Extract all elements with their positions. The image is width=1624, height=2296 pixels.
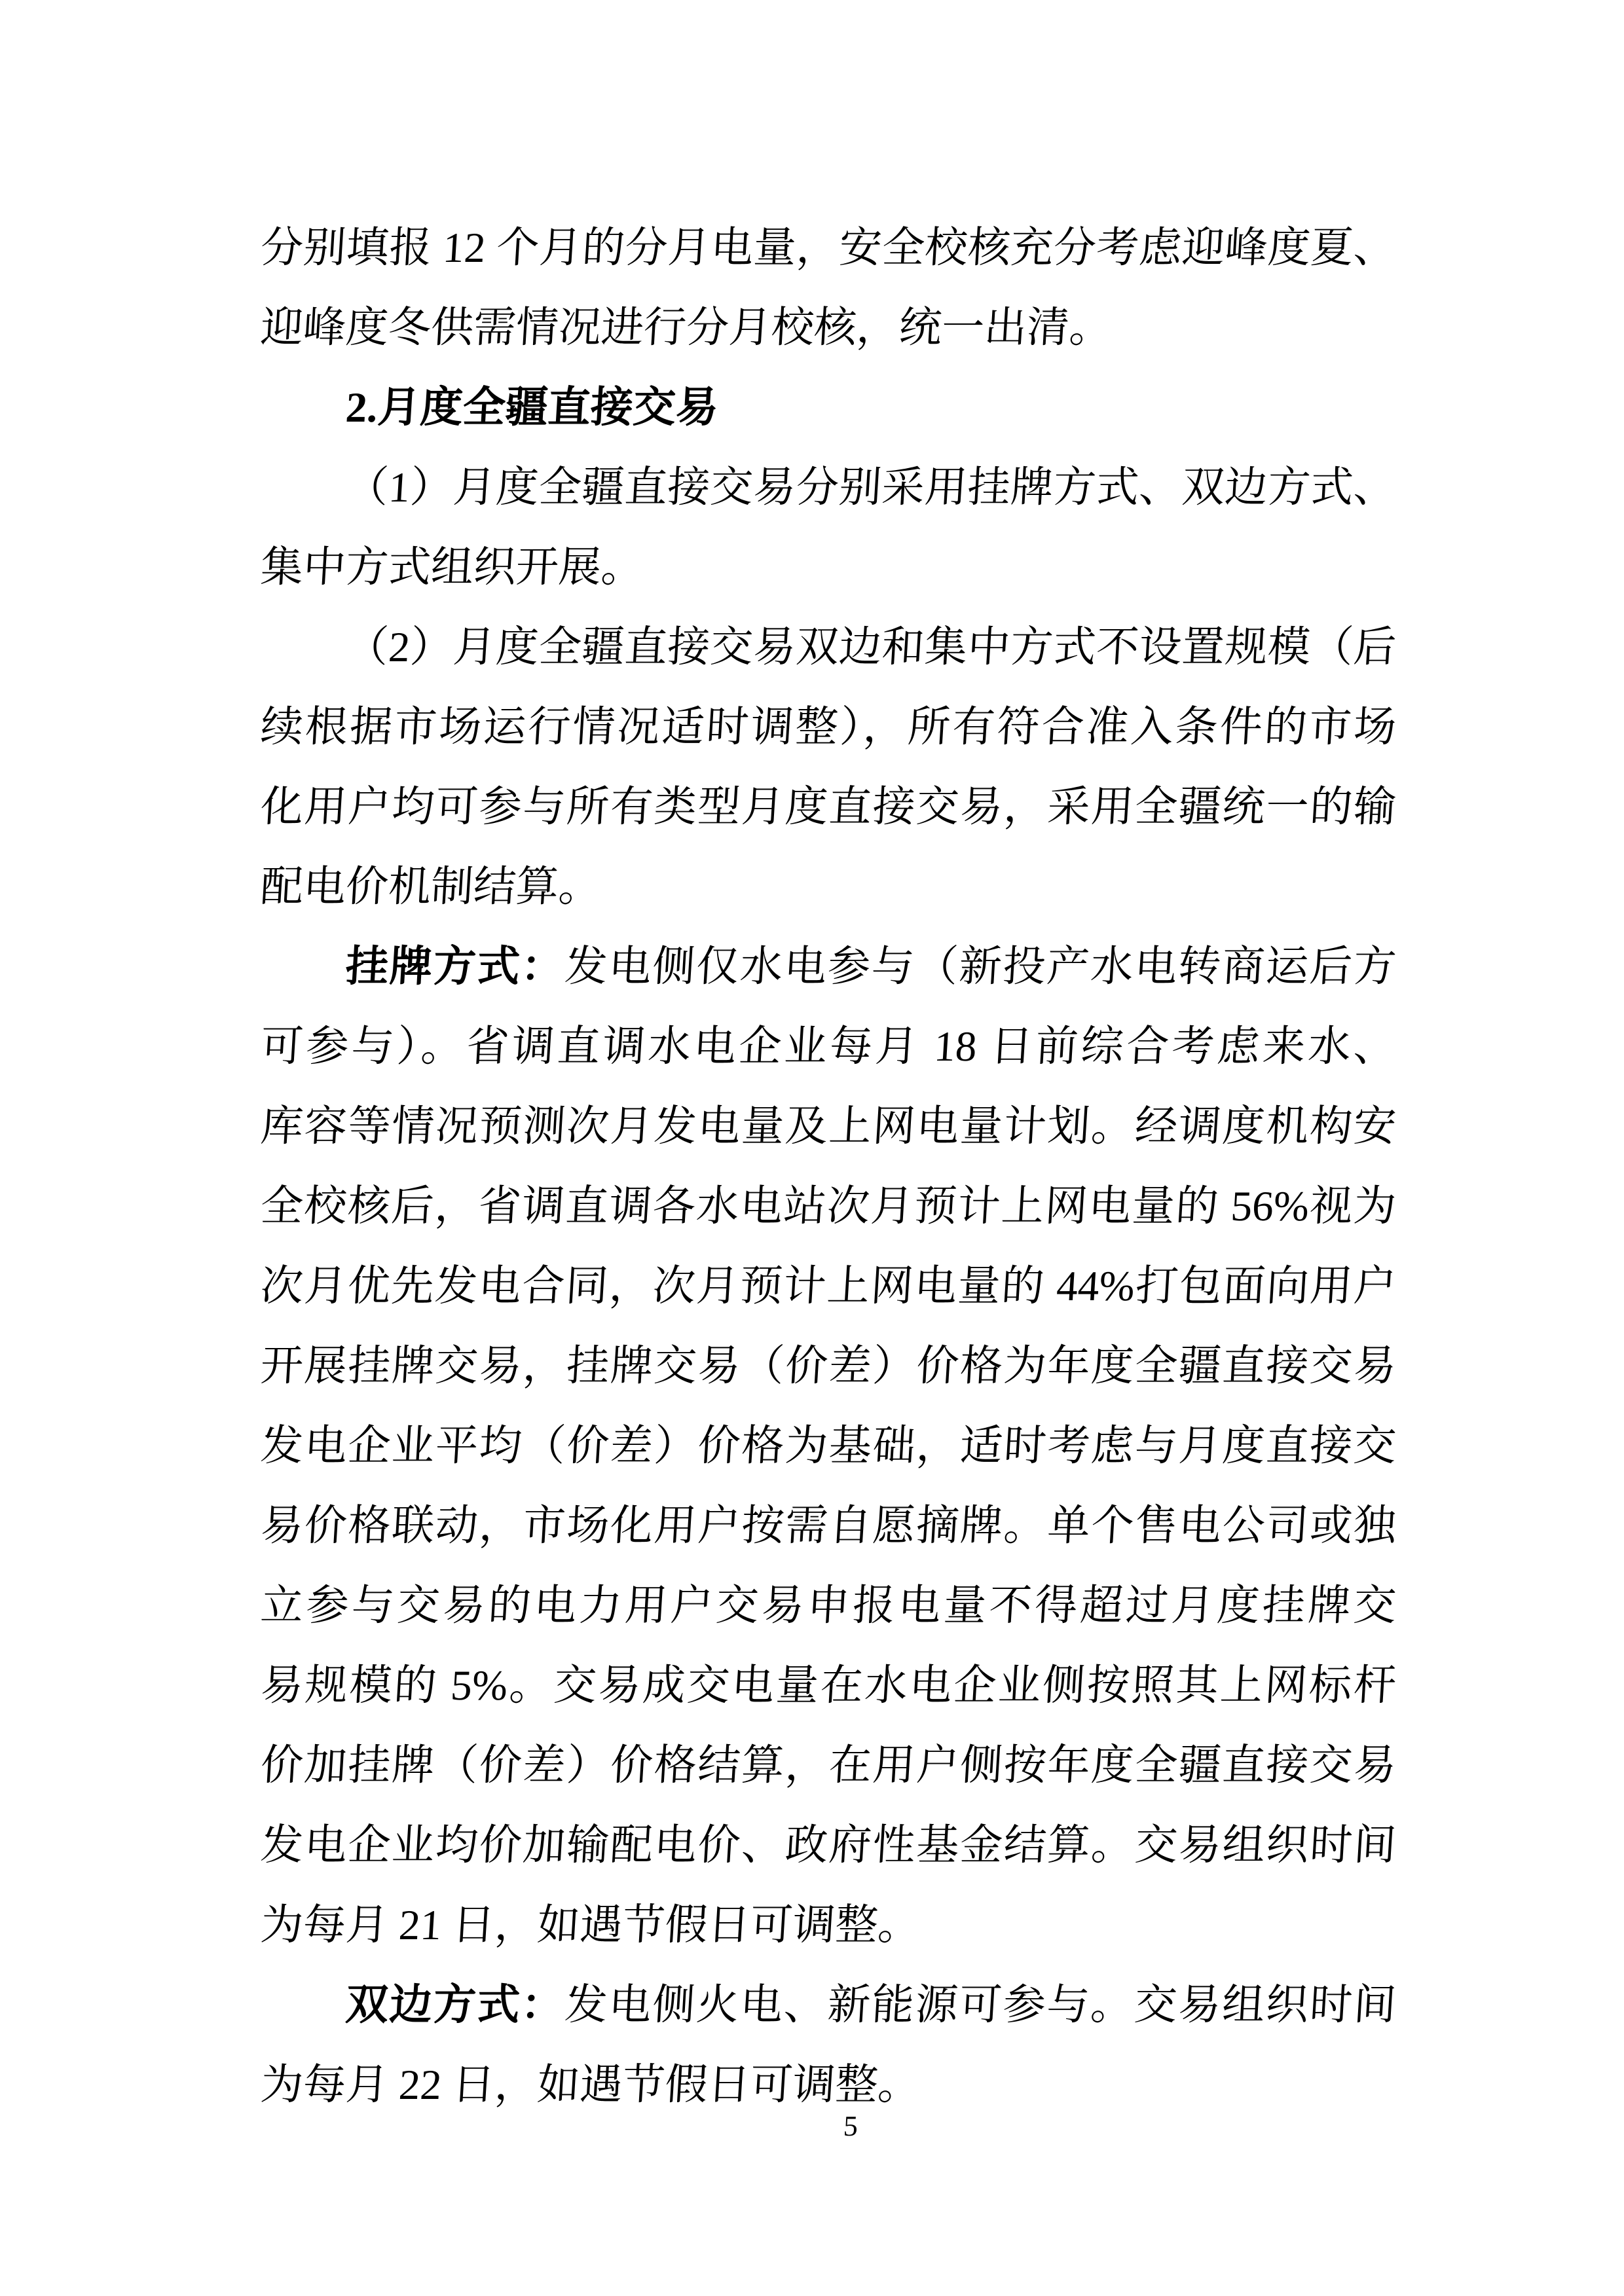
document-page: 分别填报 12 个月的分月电量，安全校核充分考虑迎峰度夏、 迎峰度冬供需情况进行…: [0, 0, 1624, 2296]
text-run: 发电侧火电、新能源可参与。交易组织时间: [563, 1982, 1397, 2029]
text-line: 发电企业平均（价差）价格为基础，适时考虑与月度直接交: [258, 1406, 1398, 1486]
listing-mode-lead-bold: 挂牌方式：: [344, 943, 566, 991]
text-line: 次月优先发电合同，次月预计上网电量的 44%打包面向用户: [258, 1247, 1398, 1326]
text-line: 分别填报 12 个月的分月电量，安全校核充分考虑迎峰度夏、: [258, 208, 1398, 288]
text-line: 立参与交易的电力用户交易申报电量不得超过月度挂牌交: [258, 1566, 1398, 1646]
text-line: 挂牌方式：发电侧仅水电参与（新投产水电转商运后方: [258, 927, 1398, 1007]
text-line: 易规模的 5%。交易成交电量在水电企业侧按照其上网标杆: [258, 1646, 1398, 1726]
text-line: 集中方式组织开展。: [258, 528, 1398, 608]
text-line: 为每月 22 日，如遇节假日可调整。: [258, 2045, 1398, 2125]
text-line: 开展挂牌交易，挂牌交易（价差）价格为年度全疆直接交易: [258, 1326, 1398, 1406]
text-line: 全校核后，省调直调各水电站次月预计上网电量的 56%视为: [258, 1167, 1398, 1247]
text-line: 续根据市场运行情况适时调整），所有符合准入条件的市场: [258, 687, 1398, 767]
text-line: 为每月 21 日，如遇节假日可调整。: [258, 1886, 1398, 1965]
text-line: （1）月度全疆直接交易分别采用挂牌方式、双边方式、: [258, 448, 1398, 528]
bilateral-mode-lead-bold: 双边方式：: [344, 1982, 566, 2029]
document-body: 分别填报 12 个月的分月电量，安全校核充分考虑迎峰度夏、 迎峰度冬供需情况进行…: [261, 208, 1396, 2125]
text-line: 发电企业均价加输配电价、政府性基金结算。交易组织时间: [258, 1806, 1398, 1886]
text-line: 双边方式：发电侧火电、新能源可参与。交易组织时间: [258, 1965, 1398, 2045]
section-heading-monthly-direct-trade: 2.月度全疆直接交易: [258, 368, 1398, 448]
text-line: 易价格联动，市场化用户按需自愿摘牌。单个售电公司或独: [258, 1486, 1398, 1566]
text-line: 化用户均可参与所有类型月度直接交易，采用全疆统一的输: [258, 767, 1398, 847]
text-line: 库容等情况预测次月发电量及上网电量计划。经调度机构安: [258, 1087, 1398, 1167]
text-line: 迎峰度冬供需情况进行分月校核，统一出清。: [258, 288, 1398, 368]
text-line: 配电价机制结算。: [258, 847, 1398, 927]
text-line: 价加挂牌（价差）价格结算，在用户侧按年度全疆直接交易: [258, 1726, 1398, 1806]
text-line: （2）月度全疆直接交易双边和集中方式不设置规模（后: [258, 608, 1398, 687]
text-run: 发电侧仅水电参与（新投产水电转商运后方: [563, 943, 1397, 991]
text-line: 可参与）。省调直调水电企业每月 18 日前综合考虑来水、: [258, 1007, 1398, 1087]
page-number: 5: [843, 2112, 858, 2141]
